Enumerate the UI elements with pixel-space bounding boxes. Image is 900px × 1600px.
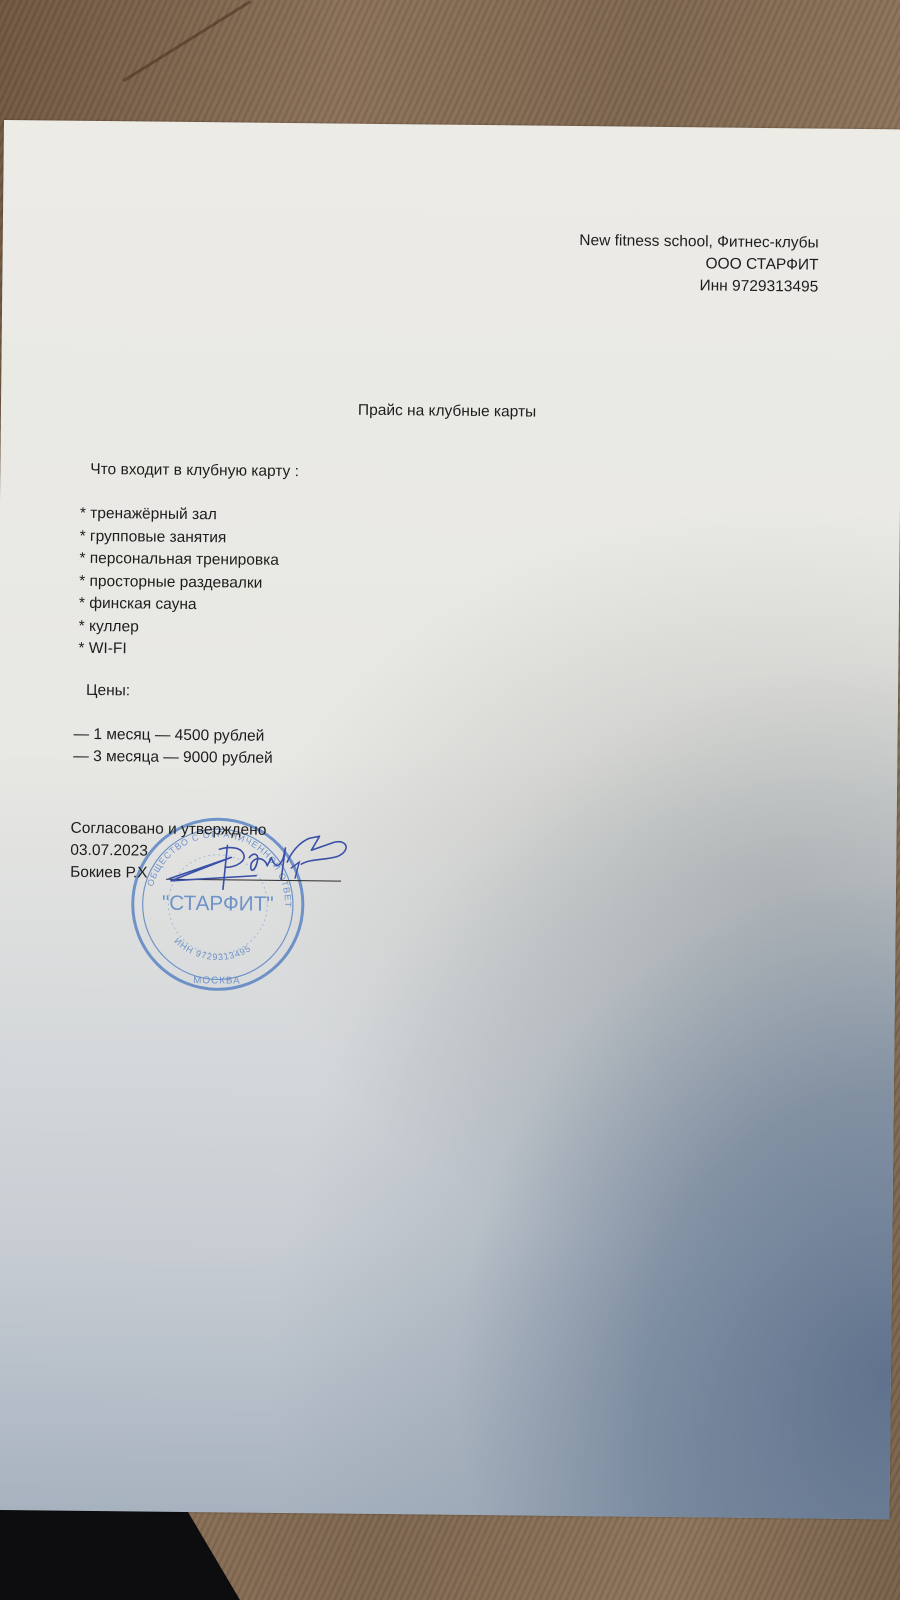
- paper-document: New fitness school, Фитнес-клубы ООО СТА…: [0, 120, 900, 1519]
- svg-text:ИНН 9729313495: ИНН 9729313495: [172, 936, 253, 963]
- feature-item: * куллер: [79, 615, 279, 640]
- feature-item: * просторные раздевалки: [79, 570, 279, 595]
- prices-heading: Цены:: [86, 680, 130, 702]
- price-item: — 3 месяца — 9000 рублей: [73, 746, 273, 770]
- includes-heading: Что входит в клубную карту :: [90, 459, 299, 483]
- document-title: Прайс на клубные карты: [358, 400, 537, 424]
- stamp-inn-text: ИНН 9729313495: [172, 936, 253, 963]
- stamp-city-text: МОСКВА: [193, 975, 241, 986]
- handwritten-signature: [161, 827, 362, 899]
- feature-item: * персональная тренировка: [79, 548, 279, 573]
- price-item: — 1 месяц — 4500 рублей: [73, 724, 273, 748]
- feature-item: * тренажёрный зал: [80, 503, 280, 528]
- company-inn: Инн 9729313495: [579, 274, 819, 299]
- feature-item: * WI-FI: [78, 638, 278, 663]
- feature-item: * групповые занятия: [80, 525, 280, 550]
- company-header: New fitness school, Фитнес-клубы ООО СТА…: [579, 230, 819, 299]
- feature-item: * финская сауна: [79, 593, 279, 618]
- prices-list: — 1 месяц — 4500 рублей — 3 месяца — 900…: [73, 724, 273, 770]
- company-legal-name: ООО СТАРФИТ: [579, 252, 819, 277]
- company-name: New fitness school, Фитнес-клубы: [579, 230, 819, 255]
- features-list: * тренажёрный зал * групповые занятия * …: [78, 503, 279, 663]
